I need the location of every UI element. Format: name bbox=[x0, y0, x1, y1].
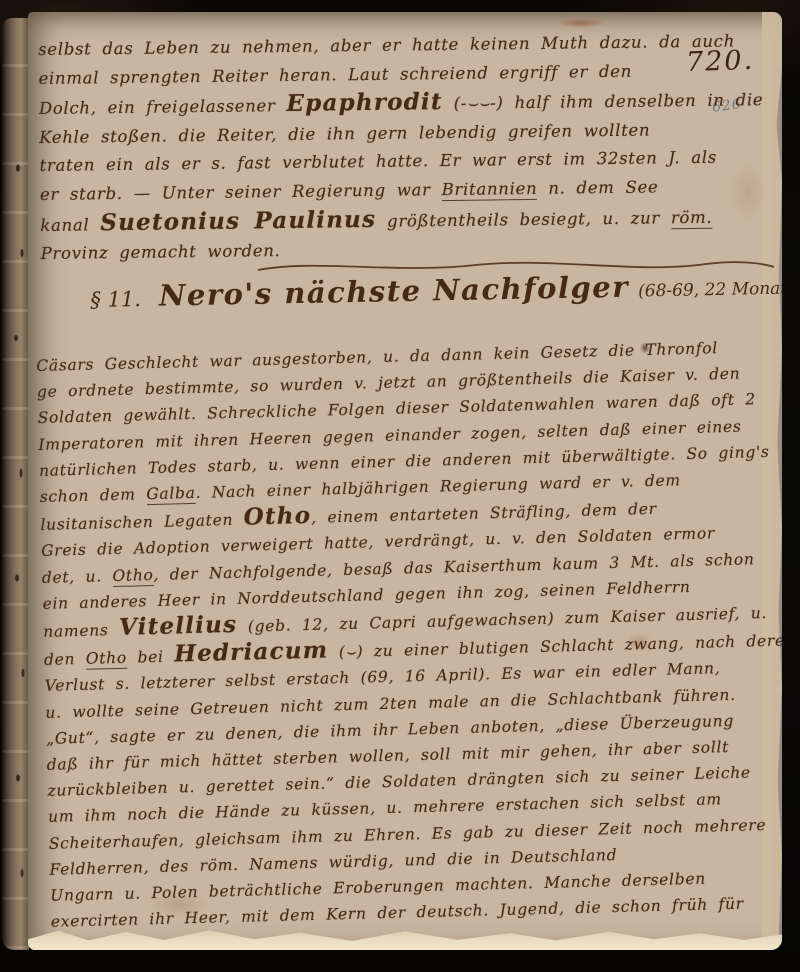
manuscript-page: 720. 626 selbst das Leben zu nehmen, abe… bbox=[28, 12, 782, 950]
underlined-otho: Otho bbox=[112, 566, 154, 587]
manuscript-photo: 720. 626 selbst das Leben zu nehmen, abe… bbox=[0, 0, 800, 972]
section-mark: § 11. bbox=[90, 287, 141, 312]
foxing-spot bbox=[558, 18, 604, 28]
name-hedriacum: Hedriacum bbox=[174, 637, 329, 668]
line-text: er starb. — Unter seiner Regierung war bbox=[40, 180, 442, 204]
line-text: größtentheils besiegt, u. zur bbox=[376, 208, 671, 231]
body-paragraph: Cäsars Geschlecht war ausgestorben, u. d… bbox=[36, 333, 782, 935]
underlined-britannien: Britannien bbox=[442, 179, 538, 201]
line-text: den bbox=[44, 650, 86, 669]
underlined-otho: Otho bbox=[86, 649, 128, 670]
line-text: kanal bbox=[40, 215, 100, 235]
line-text: (-⌣⌣-) half ihm denselben in die bbox=[443, 90, 764, 113]
name-vitellius: Vitellius bbox=[119, 611, 238, 641]
top-paragraph: selbst das Leben zu nehmen, aber er hatt… bbox=[38, 27, 765, 269]
line-text: n. dem See bbox=[537, 177, 658, 197]
line-text: Dolch, ein freigelassener bbox=[39, 96, 287, 118]
heading-title: Nero's nächste Nachfolger bbox=[159, 270, 630, 313]
name-epaphrodit: Epaphrodit bbox=[286, 88, 443, 117]
underlined-roem: röm. bbox=[671, 207, 713, 229]
line-text: bei bbox=[127, 648, 175, 667]
name-suetonius-paulinus: Suetonius Paulinus bbox=[100, 205, 376, 235]
gutter-ink-fragments bbox=[2, 18, 29, 950]
heading-dates: (68-69, 22 Monath) bbox=[638, 278, 782, 301]
facing-page-edges bbox=[2, 18, 29, 950]
line-text: schon dem bbox=[40, 485, 147, 506]
line-text: lusitanischen Legaten bbox=[40, 511, 244, 534]
underlined-galba: Galba bbox=[146, 484, 196, 505]
name-otho: Otho bbox=[243, 502, 311, 531]
section-heading: § 11.Nero's nächste Nachfolger (68-69, 2… bbox=[90, 266, 782, 314]
line-text: det, u. bbox=[42, 567, 113, 587]
line-text: namens bbox=[43, 621, 119, 641]
